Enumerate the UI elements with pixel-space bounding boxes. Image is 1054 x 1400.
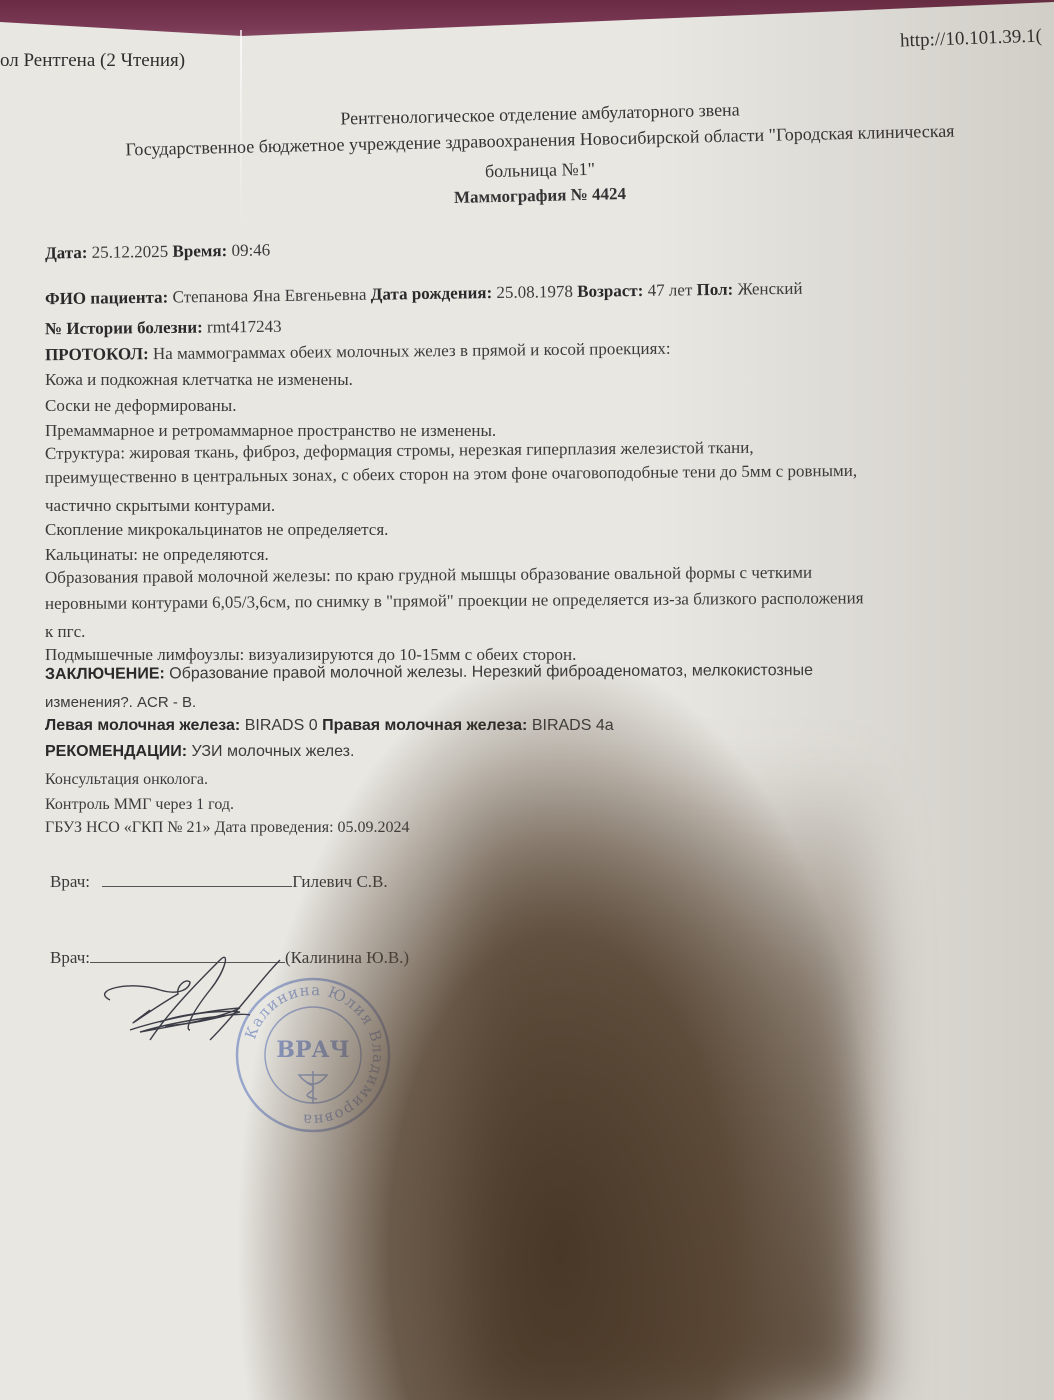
recommendations-row: РЕКОМЕНДАЦИИ: УЗИ молочных желез. <box>45 743 354 761</box>
dob-value: 25.08.1978 <box>496 282 573 302</box>
recommendation-line: ГБУЗ НСО «ГКП № 21» Дата проведения: 05.… <box>45 819 410 837</box>
conclusion-line2: изменения?. ACR - B. <box>45 694 196 711</box>
patient-name: Степанова Яна Евгеньевна <box>172 285 366 307</box>
patient-name-label: ФИО пациента: <box>45 288 169 309</box>
protocol-line: Премаммарное и ретромаммарное пространст… <box>45 421 496 441</box>
print-header-url: http://10.101.39.1( <box>900 26 1043 53</box>
protocol-line: преимущественно в центральных зонах, с о… <box>45 461 857 488</box>
time-value: 09:46 <box>231 240 270 260</box>
history-number: rmt417243 <box>207 317 282 337</box>
protocol-line: Структура: жировая ткань, фиброз, деформ… <box>45 438 754 464</box>
print-header-title: ол Рентгена (2 Чтения) <box>0 50 185 72</box>
history-label: № Истории болезни: <box>45 318 203 339</box>
recommendation-line: Контроль ММГ через 1 год. <box>45 796 234 814</box>
handwritten-signature <box>90 950 310 1060</box>
protocol-line: Подмышечные лимфоузлы: визуализируются д… <box>45 645 576 665</box>
protocol-intro: На маммограммах обеих молочных желез в п… <box>153 339 671 363</box>
protocol-line: Образования правой молочной железы: по к… <box>45 563 812 588</box>
protocol-line: Соски не деформированы. <box>45 396 236 416</box>
time-label: Время: <box>172 241 227 261</box>
doctor2-label: Врач: <box>50 948 90 967</box>
recommendations-label: РЕКОМЕНДАЦИИ: <box>45 743 187 760</box>
protocol-intro-row: ПРОТОКОЛ: На маммограммах обеих молочных… <box>45 339 671 366</box>
doctor1-signature-row: Врач: Гилевич С.В. <box>50 872 388 892</box>
age-value: 47 лет <box>647 280 692 300</box>
conclusion-label: ЗАКЛЮЧЕНИЕ: <box>45 665 165 683</box>
recommendation-line: Консультация онколога. <box>45 771 208 789</box>
date-value: 25.12.2025 <box>92 242 169 262</box>
protocol-label: ПРОТОКОЛ: <box>45 344 149 364</box>
protocol-line: к пгс. <box>45 622 85 642</box>
right-breast-label: Правая молочная железа: <box>322 717 527 734</box>
doctor1-label: Врач: <box>50 872 90 891</box>
doctor1-name: Гилевич С.В. <box>292 872 387 891</box>
left-breast-birads: BIRADS 0 <box>245 717 318 734</box>
conclusion-text: Образование правой молочной железы. Нере… <box>169 662 813 682</box>
visit-datetime: Дата: 25.12.2025 Время: 09:46 <box>45 240 271 263</box>
birads-row: Левая молочная железа: BIRADS 0 Правая м… <box>45 717 614 735</box>
signature-line <box>102 886 292 887</box>
conclusion-row: ЗАКЛЮЧЕНИЕ: Образование правой молочной … <box>45 662 813 684</box>
left-breast-label: Левая молочная железа: <box>45 717 240 734</box>
document: ол Рентгена (2 Чтения) http://10.101.39.… <box>0 0 1054 1400</box>
right-breast-birads: BIRADS 4a <box>532 717 614 734</box>
history-number-row: № Истории болезни: rmt417243 <box>45 317 282 339</box>
dob-label: Дата рождения: <box>371 283 493 304</box>
protocol-line: Скопление микрокальцинатов не определяет… <box>45 520 388 540</box>
sex-value: Женский <box>737 279 802 299</box>
protocol-line: Кальцинаты: не определяются. <box>45 545 269 565</box>
protocol-line: Кожа и подкожная клетчатка не изменены. <box>45 370 353 390</box>
patient-info: ФИО пациента: Степанова Яна Евгеньевна Д… <box>45 279 803 310</box>
age-label: Возраст: <box>577 281 643 301</box>
sex-label: Пол: <box>696 280 733 300</box>
caduceus-icon <box>299 1071 327 1103</box>
protocol-line: неровными контурами 6,05/3,6см, по снимк… <box>45 588 864 614</box>
recommendation-first: УЗИ молочных желез. <box>192 743 355 760</box>
protocol-line: частично скрытыми контурами. <box>45 496 275 516</box>
date-label: Дата: <box>45 243 88 263</box>
